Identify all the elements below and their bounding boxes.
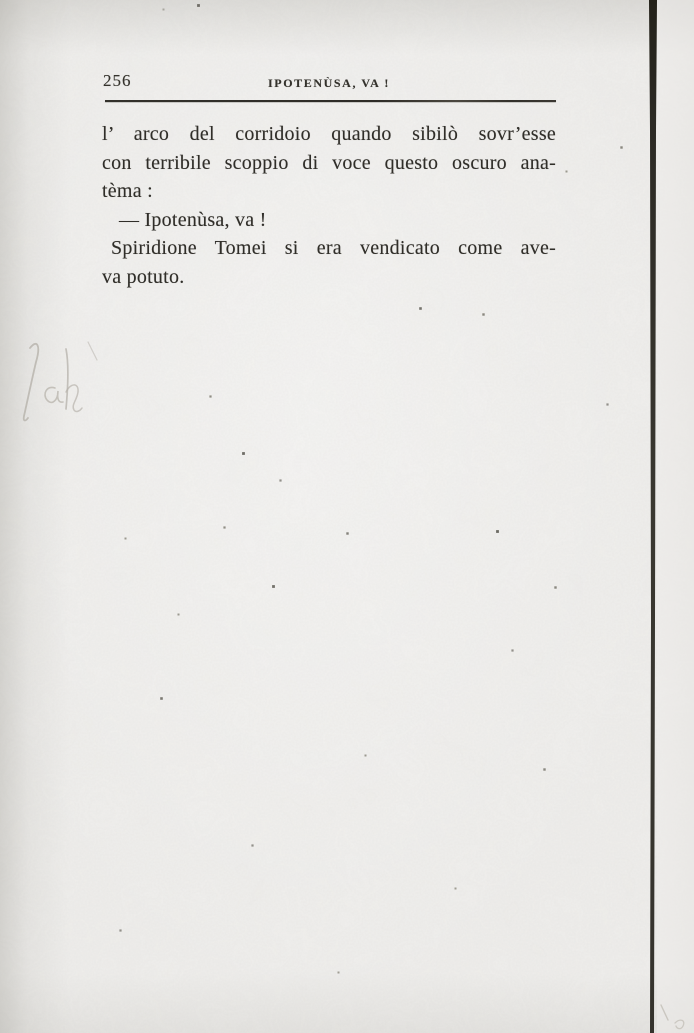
corner-pencil-marks — [655, 995, 694, 1033]
body-line: — Ipotenùsa, va ! — [102, 206, 556, 235]
body-text: l’ arco del corridoio quando sibilò sovr… — [102, 120, 556, 291]
pencil-scribble — [8, 332, 108, 442]
body-line: tèma : — [102, 177, 556, 206]
body-line: con terribile scoppio di voce questo osc… — [102, 149, 556, 178]
body-line: va potuto. — [102, 263, 556, 292]
header-rule — [105, 100, 556, 102]
scanned-book-page: 256 IPOTENÙSA, VA ! l’ arco del corridoi… — [0, 0, 694, 1033]
running-header-title: IPOTENÙSA, VA ! — [102, 76, 556, 91]
body-line: Spiridione Tomei si era vendicato come a… — [102, 234, 556, 263]
scan-specks — [0, 0, 1, 1]
body-line: l’ arco del corridoio quando sibilò sovr… — [102, 120, 556, 149]
running-head: 256 IPOTENÙSA, VA ! — [102, 68, 556, 94]
